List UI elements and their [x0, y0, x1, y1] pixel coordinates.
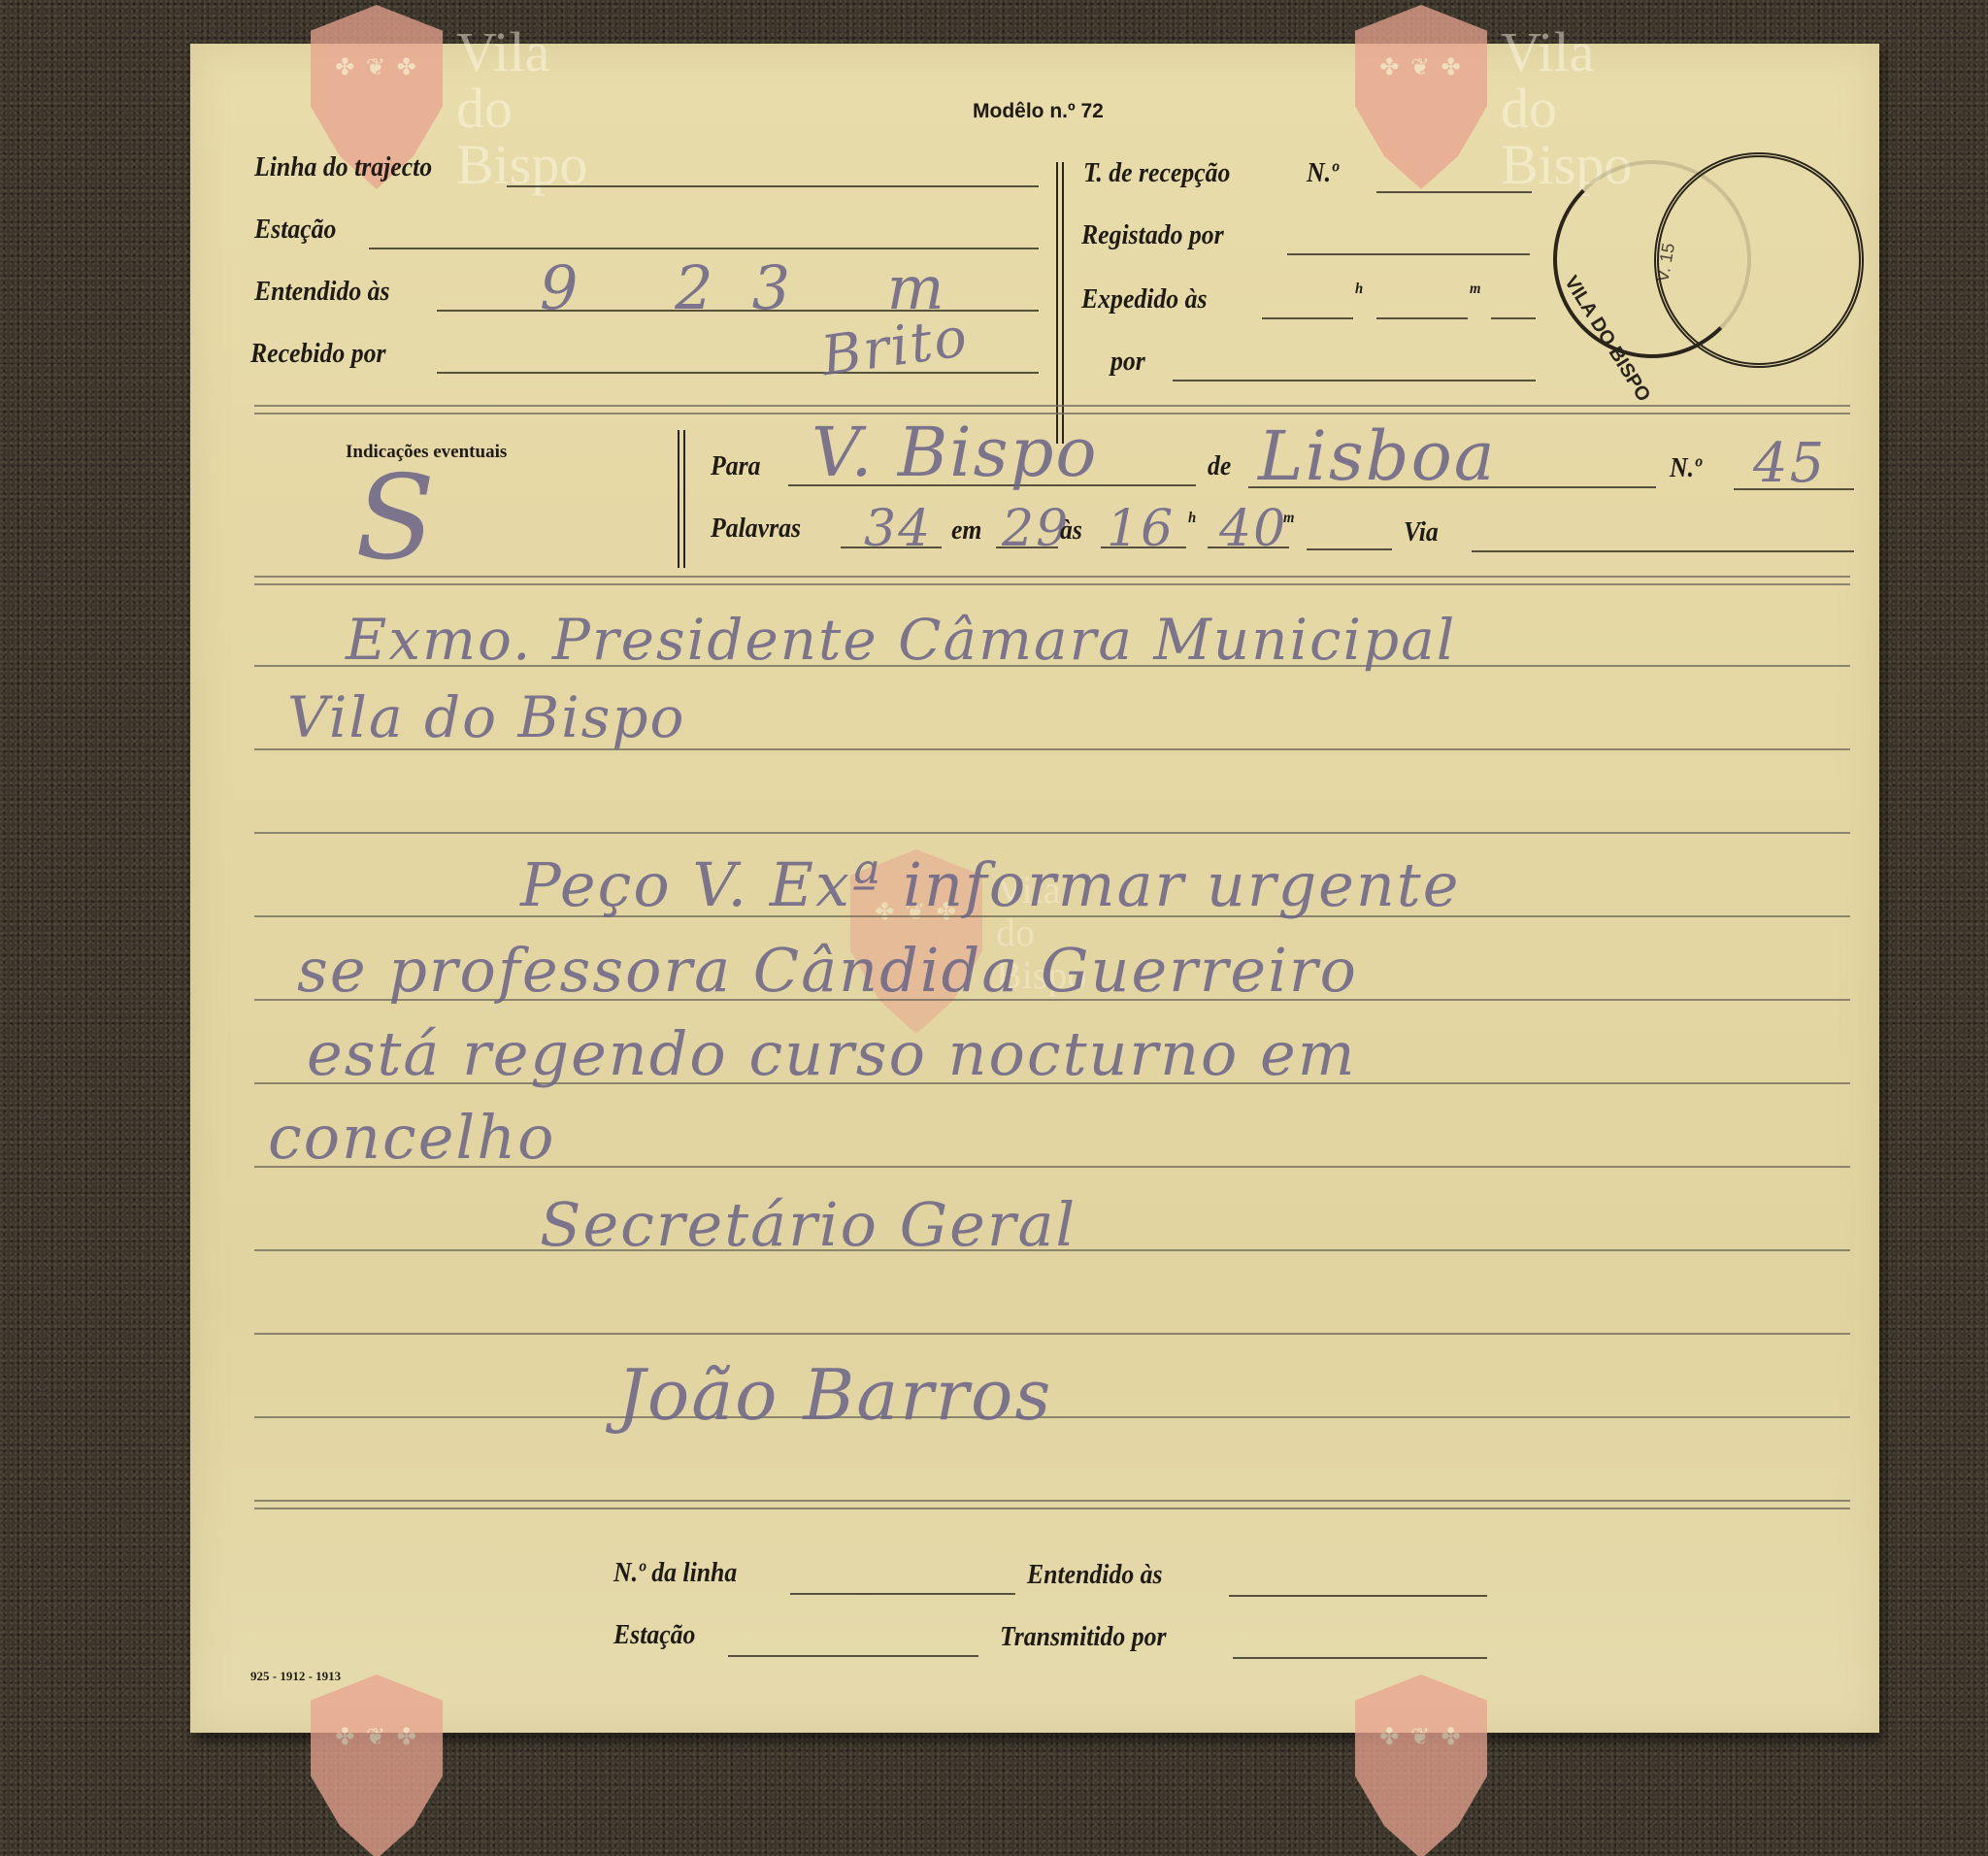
field-numero-linha[interactable]	[790, 1593, 1015, 1595]
label-as: às	[1060, 515, 1082, 547]
message-line: se professora Cândida Guerreiro	[297, 935, 1358, 1006]
label-numero: N.º	[1307, 158, 1339, 189]
field-footer-estacao[interactable]	[728, 1655, 978, 1657]
label-de: de	[1208, 451, 1231, 482]
rule	[254, 583, 1850, 585]
minutes-mark: m	[1283, 510, 1294, 527]
shield-icon	[1355, 5, 1487, 189]
field-registado-por[interactable]	[1287, 253, 1530, 255]
field-recebido-por[interactable]	[437, 372, 1039, 374]
label-em: em	[951, 515, 981, 547]
field-expedido-extra[interactable]	[1491, 317, 1536, 319]
message-rule	[254, 1508, 1850, 1509]
model-label: Modêlo n.º 72	[973, 100, 1104, 123]
field-numero-recepcao[interactable]	[1376, 191, 1532, 193]
label-para: Para	[711, 451, 761, 482]
shield-icon	[311, 1674, 443, 1856]
message-rule	[254, 1500, 1850, 1502]
message-rule	[254, 1333, 1850, 1335]
handwritten-para: V. Bispo	[812, 413, 1099, 492]
message-rule	[254, 832, 1850, 834]
field-por[interactable]	[1173, 380, 1536, 381]
label-expedido-as: Expedido às	[1081, 284, 1208, 315]
shield-icon	[1355, 1674, 1487, 1856]
label-via: Via	[1404, 517, 1439, 548]
message-line: Vila do Bispo	[287, 684, 685, 750]
handwritten-as-hours: 16	[1107, 500, 1175, 558]
label-numero-telegrama: N.º	[1670, 453, 1702, 484]
minutes-mark: m	[1470, 281, 1480, 298]
message-line: está regendo curso nocturno em	[307, 1018, 1357, 1089]
message-line: concelho	[268, 1102, 555, 1173]
field-linha-trajecto[interactable]	[507, 185, 1039, 187]
handwritten-numero: 45	[1753, 432, 1826, 495]
handwritten-palavras: 34	[864, 500, 932, 558]
signature-title: Secretário Geral	[540, 1189, 1077, 1260]
field-expedido-minutes[interactable]	[1376, 317, 1468, 319]
label-registado-por: Registado por	[1081, 220, 1224, 251]
label-numero-linha: N.º da linha	[613, 1558, 737, 1589]
label-footer-entendido-as: Entendido às	[1027, 1560, 1163, 1591]
handwritten-indicacoes: S	[355, 451, 437, 586]
field-transmitido-por[interactable]	[1233, 1657, 1487, 1659]
message-line: Exmo. Presidente Câmara Municipal	[346, 607, 1456, 673]
label-por: por	[1110, 347, 1145, 378]
handwritten-as-minutes: 40	[1219, 500, 1287, 558]
label-palavras: Palavras	[711, 514, 801, 545]
hours-mark: h	[1188, 510, 1196, 527]
message-line: Peço V. Exª informar urgente	[520, 849, 1460, 920]
label-recebido-por: Recebido por	[250, 339, 386, 370]
label-t-recepcao: T. de recepção	[1083, 158, 1230, 189]
rule	[254, 405, 1850, 407]
label-estacao: Estação	[254, 215, 336, 246]
handwritten-de: Lisboa	[1258, 416, 1496, 496]
hours-mark: h	[1355, 281, 1363, 298]
reception-stamp-ring	[1654, 152, 1864, 368]
telegram-form: Vila doBispo Vila doBispo Vila doBispo M…	[190, 44, 1879, 1733]
field-via[interactable]	[1472, 550, 1854, 552]
rule	[254, 576, 1850, 578]
label-transmitido-por: Transmitido por	[1000, 1622, 1167, 1653]
field-as-extra[interactable]	[1307, 548, 1392, 550]
print-code: 925 - 1912 - 1913	[250, 1669, 341, 1684]
divider	[683, 430, 685, 568]
field-estacao[interactable]	[369, 248, 1039, 249]
field-expedido-hours[interactable]	[1262, 317, 1353, 319]
divider	[678, 430, 679, 568]
label-linha-trajecto: Linha do trajecto	[254, 152, 432, 183]
divider	[1062, 162, 1064, 444]
label-entendido-as: Entendido às	[254, 277, 390, 308]
divider	[1056, 162, 1058, 444]
label-footer-estacao: Estação	[613, 1620, 695, 1651]
signature-name: João Barros	[617, 1354, 1052, 1436]
field-footer-entendido-as[interactable]	[1229, 1595, 1487, 1597]
